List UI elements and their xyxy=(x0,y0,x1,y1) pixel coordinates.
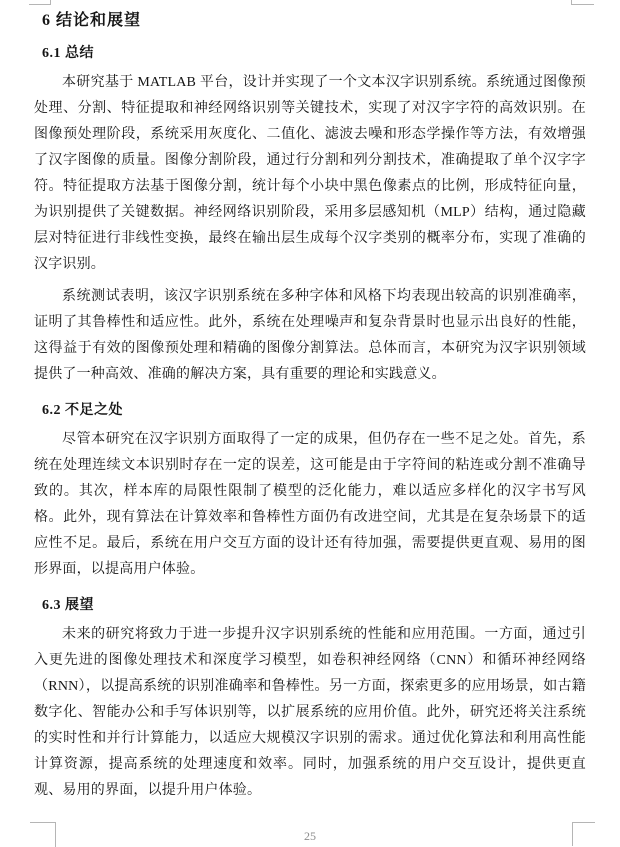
chapter-title: 6 结论和展望 xyxy=(42,11,586,31)
section-heading-shortcomings: 6.2 不足之处 xyxy=(42,402,586,420)
document-page-content: 6 结论和展望 6.1 总结 本研究基于 MATLAB 平台，设计并实现了一个文… xyxy=(34,11,586,804)
section-outlook: 6.3 展望 未来的研究将致力于进一步提升汉字识别系统的性能和应用范围。一方面，… xyxy=(34,597,586,804)
page-number: 25 xyxy=(0,829,620,843)
section-summary: 6.1 总结 本研究基于 MATLAB 平台，设计并实现了一个文本汉字识别系统。… xyxy=(34,45,586,388)
text-boundary-mark-top-right xyxy=(571,0,594,5)
section-heading-outlook: 6.3 展望 xyxy=(42,597,586,615)
text-boundary-mark-top-left xyxy=(29,0,51,5)
section-heading-summary: 6.1 总结 xyxy=(42,45,586,63)
paragraph: 尽管本研究在汉字识别方面取得了一定的成果，但仍存在一些不足之处。首先，系统在处理… xyxy=(34,427,586,583)
paragraph: 本研究基于 MATLAB 平台，设计并实现了一个文本汉字识别系统。系统通过图像预… xyxy=(34,70,586,278)
paragraph: 未来的研究将致力于进一步提升汉字识别系统的性能和应用范围。一方面，通过引入更先进… xyxy=(34,622,586,804)
paragraph: 系统测试表明，该汉字识别系统在多种字体和风格下均表现出较高的识别准确率，证明了其… xyxy=(34,284,586,388)
section-shortcomings: 6.2 不足之处 尽管本研究在汉字识别方面取得了一定的成果，但仍存在一些不足之处… xyxy=(34,402,586,583)
